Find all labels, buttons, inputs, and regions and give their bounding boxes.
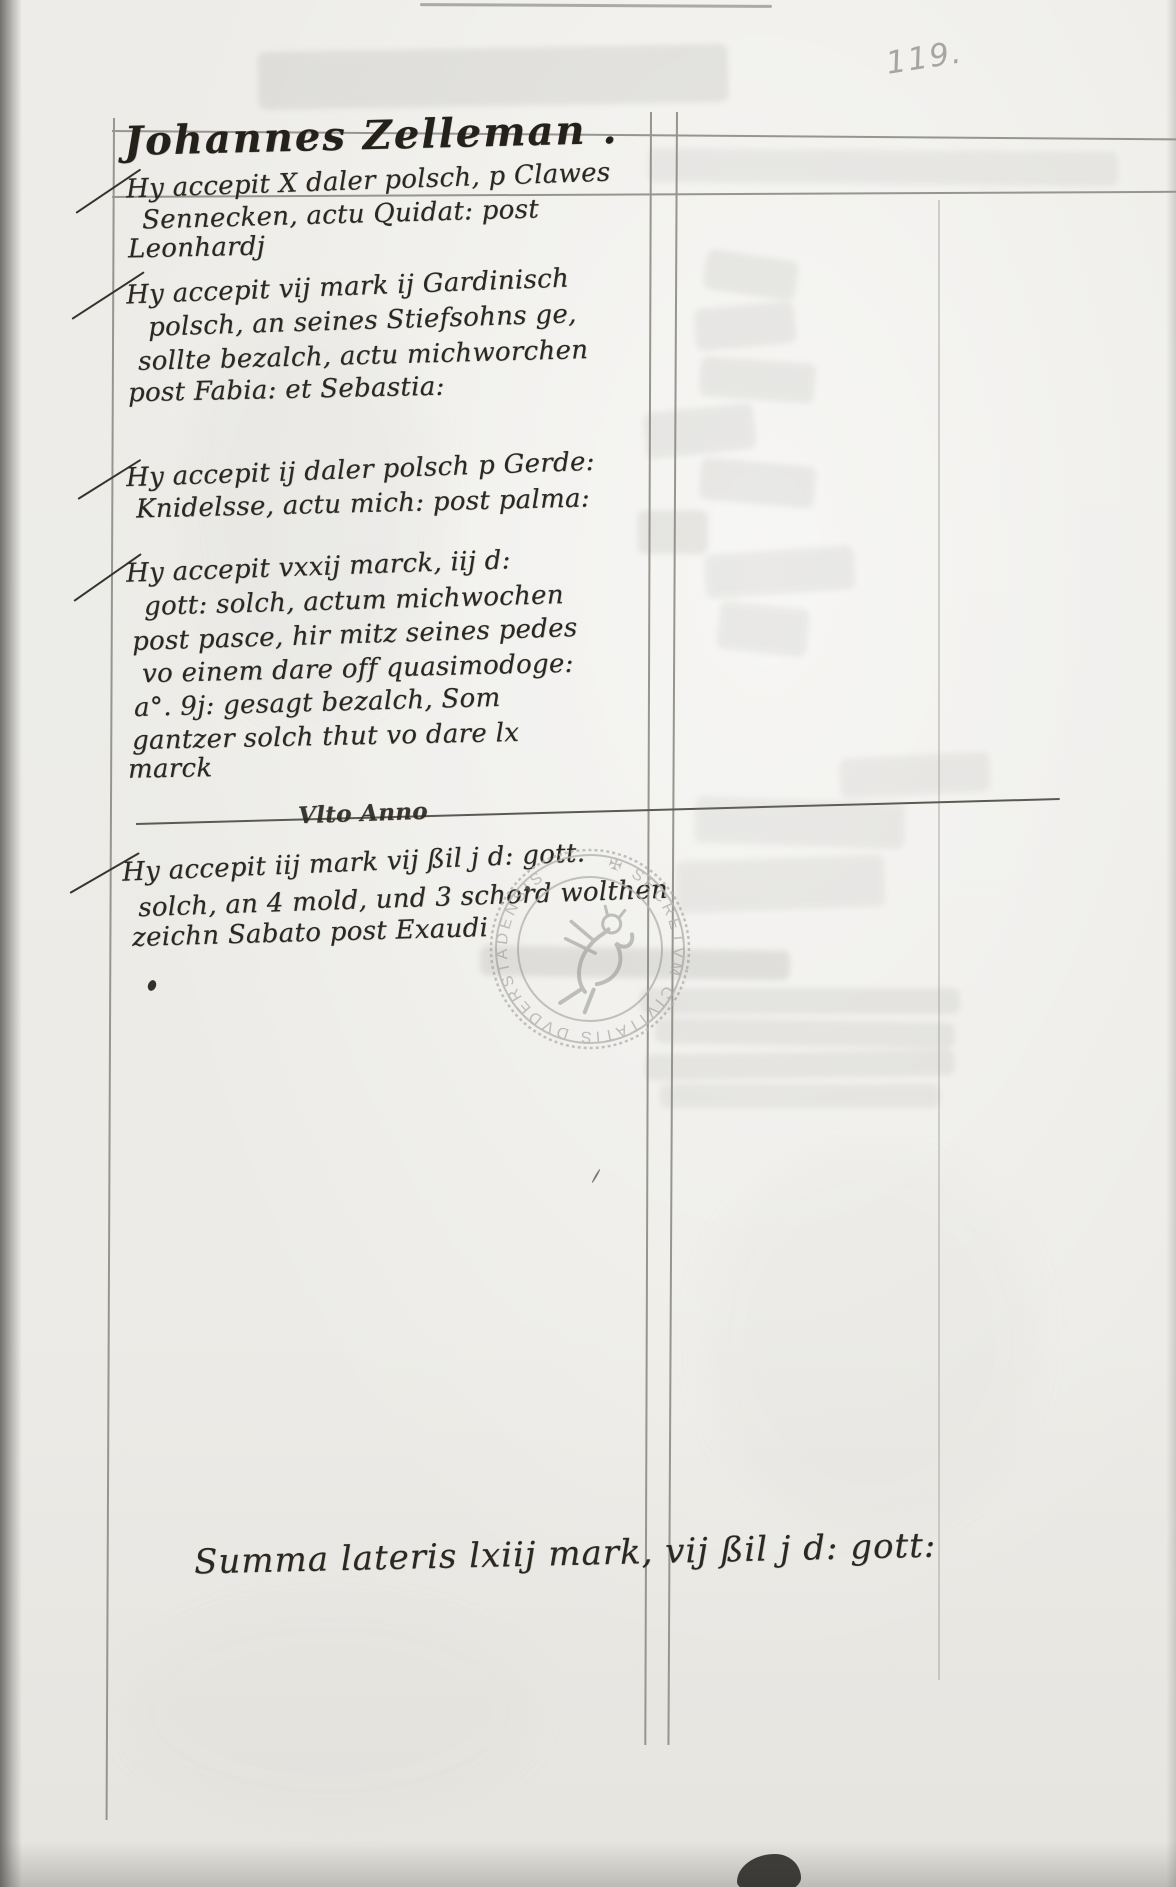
manuscript-line: sollte bezalch, actu michworchen	[138, 335, 589, 377]
margin-line-left	[106, 118, 115, 1820]
paper-stain	[120, 1600, 540, 1820]
bleedthrough-text	[699, 356, 817, 404]
scan-top-edge	[420, 3, 772, 8]
bleedthrough-text	[655, 1017, 955, 1048]
bleedthrough-text	[693, 301, 796, 352]
summa-lateris-line: Summa lateris lxiij mark, vij ßil j d: g…	[194, 1526, 937, 1583]
ink-speck	[146, 979, 158, 992]
seal-lion-emblem	[551, 900, 637, 1019]
manuscript-page: 119. Johannes Zelleman . Hy accepit X da…	[0, 0, 1176, 1887]
ink-speck	[525, 886, 530, 891]
bleedthrough-text	[839, 751, 991, 799]
bleedthrough-text	[674, 854, 886, 913]
city-seal-stamp: ✠ SECRETVM CIVITATIS DVDERSTADENSIS	[486, 842, 694, 1056]
manuscript-line: post Fabia: et Sebastia:	[128, 372, 445, 409]
book-gutter-shadow	[0, 0, 22, 1887]
fold-crease-line	[938, 200, 940, 1680]
bleedthrough-text	[704, 545, 857, 599]
bleedthrough-text	[643, 402, 757, 459]
separator-line	[136, 798, 1060, 824]
bleedthrough-text	[648, 148, 1118, 186]
separator-note: Vlto Anno	[298, 798, 429, 830]
manuscript-line: a°. 9j: gesagt bezalch, Som	[134, 683, 501, 723]
bleedthrough-text	[703, 249, 800, 301]
bleedthrough-text	[698, 457, 816, 509]
bleedthrough-text	[258, 44, 729, 110]
bleedthrough-text	[660, 1084, 940, 1108]
manuscript-line: Leonhardj	[128, 232, 266, 265]
right-edge-shadow	[1166, 0, 1176, 1887]
manuscript-line: vo einem dare off quasimodoge:	[142, 649, 574, 690]
manuscript-line: marck	[128, 753, 213, 784]
bottom-edge-shadow	[0, 1841, 1176, 1887]
manuscript-line: gantzer solch thut vo dare lx	[132, 718, 520, 756]
paper-stain	[700, 1150, 1040, 1530]
folio-number: 119.	[884, 34, 966, 82]
manuscript-line: Hy accepit vxxij marck, iij d:	[126, 545, 512, 588]
entry-heading: Johannes Zelleman .	[123, 106, 618, 165]
ink-speck	[591, 1169, 601, 1184]
bleedthrough-text	[716, 600, 811, 657]
